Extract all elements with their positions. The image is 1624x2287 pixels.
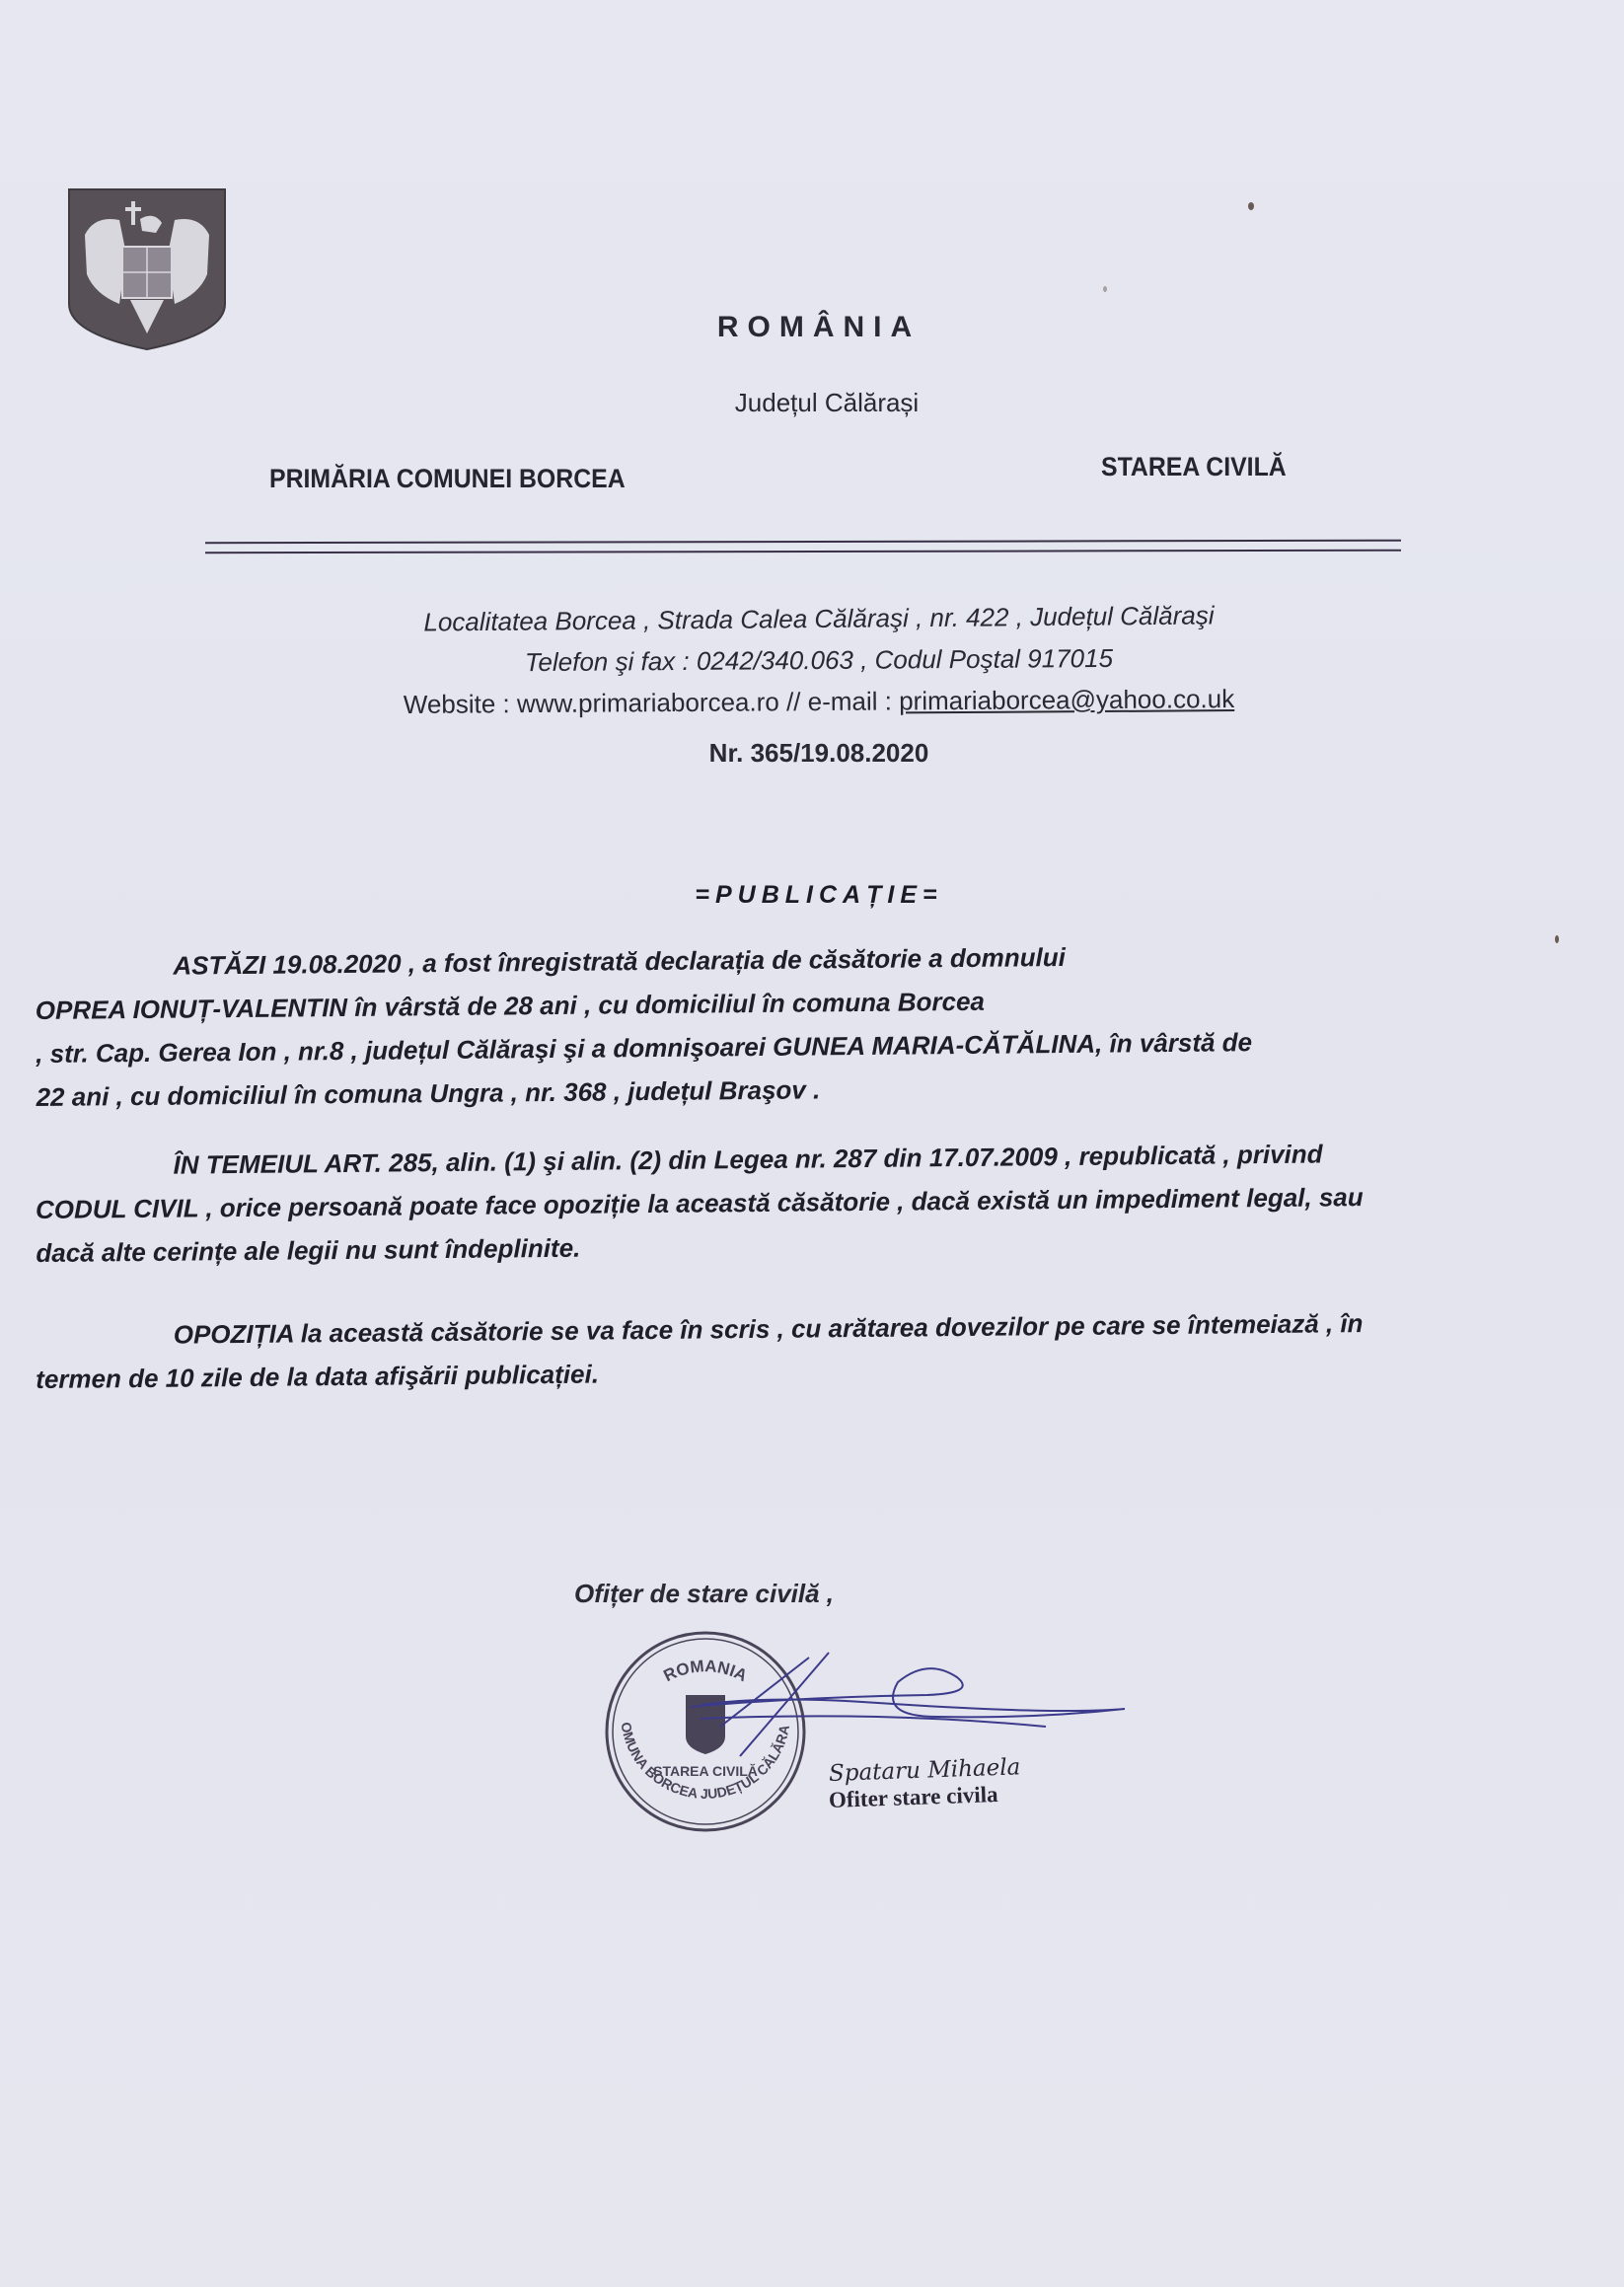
email-link[interactable]: primariaborcea@yahoo.co.uk: [899, 684, 1234, 715]
address-line: Localitatea Borcea , Strada Calea Călăra…: [0, 597, 1624, 641]
paragraph-opposition: OPOZIȚIA la această căsătorie se va face…: [36, 1300, 1487, 1401]
paper-speck: [1248, 202, 1254, 210]
paper-speck: [1103, 286, 1107, 292]
document-page: ROMÂNIA Județul Călărași PRIMĂRIA COMUNE…: [0, 0, 1624, 2287]
header-divider: [205, 540, 1401, 554]
phone-line: Telefon şi fax : 0242/340.063 , Codul Po…: [0, 639, 1624, 682]
paper-speck: [1555, 935, 1559, 943]
department-heading: STAREA CIVILĂ: [1101, 452, 1287, 482]
web-email-line: Website : www.primariaborcea.ro // e-mai…: [0, 681, 1624, 723]
institution-heading: PRIMĂRIA COMUNEI BORCEA: [269, 464, 626, 494]
paragraph-declaration: ASTĂZI 19.08.2020 , a fost înregistrată …: [35, 931, 1487, 1119]
handwritten-signature: [681, 1648, 1135, 1766]
reference-number: Nr. 365/19.08.2020: [0, 738, 1624, 769]
publication-title: =PUBLICAȚIE=: [0, 881, 1624, 910]
signer-title: Ofițer de stare civilă ,: [574, 1579, 834, 1609]
county-heading: Județul Călărași: [0, 388, 1624, 418]
country-heading: ROMÂNIA: [0, 311, 1624, 344]
website-text: Website : www.primariaborcea.ro // e-mai…: [404, 686, 900, 719]
paragraph-legal-basis: ÎN TEMEIUL ART. 285, alin. (1) şi alin. …: [35, 1131, 1486, 1275]
signer-role: Ofiter stare civila: [829, 1782, 998, 1813]
